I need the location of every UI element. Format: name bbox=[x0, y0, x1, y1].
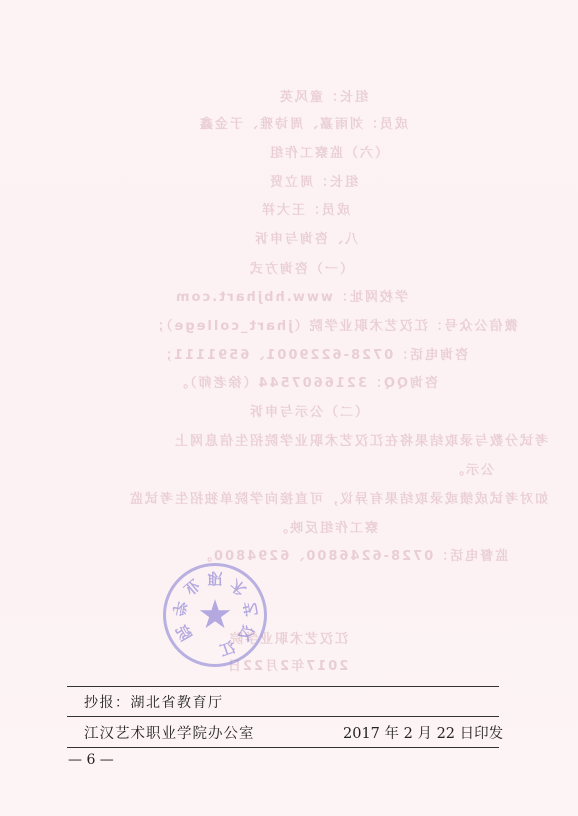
star-icon: ★ bbox=[197, 595, 233, 635]
bleed-line: 监督电话：0728-6246800、6294800。 bbox=[197, 545, 508, 564]
bleed-line: （二）公示与申诉 bbox=[248, 401, 368, 420]
bleed-line: 如对考试成绩或录取结果有异议，可直接向学院单独招生考试监 bbox=[128, 488, 548, 507]
bleed-line: 成员：刘雨嘉、周诗雅、于金鑫 bbox=[198, 113, 408, 132]
bleed-line: （一）咨询方式 bbox=[248, 258, 353, 277]
bleed-line: 咨询QQ：3216607544（徐老师）。 bbox=[173, 372, 438, 391]
document-page: 组长：童风英 成员：刘雨嘉、周诗雅、于金鑫 （六）监察工作组 组长：周立贤 成员… bbox=[0, 0, 578, 816]
footer-rule-bottom bbox=[67, 747, 499, 748]
issue-date: 2017 年 2 月 22 日印发 bbox=[343, 722, 503, 743]
bleed-line: 组长：童风英 bbox=[278, 86, 368, 105]
bleed-line: 考试分数与录取结果将在江汉艺术职业学院招生信息网上 bbox=[173, 430, 548, 449]
bleed-line: 组长：周立贤 bbox=[268, 171, 358, 190]
bleed-line: （六）监察工作组 bbox=[268, 142, 388, 161]
bleed-line: 学校网址：www.hbjhart.com bbox=[174, 286, 408, 305]
footer-rule-middle bbox=[67, 716, 499, 717]
bleed-line: 成员：王大祥 bbox=[260, 199, 350, 218]
cc-recipients: 抄报：湖北省教育厅 bbox=[84, 692, 224, 712]
official-seal: 院 学 业 职 术 艺 汉 江 ★ bbox=[163, 563, 267, 667]
page-number: — 6 — bbox=[68, 752, 114, 768]
bleed-line: 八、咨询与申诉 bbox=[253, 228, 358, 247]
bleed-line: 咨询电话：0728-6229001、6591111； bbox=[157, 344, 468, 363]
bleed-line: 察工作组反映。 bbox=[273, 517, 378, 536]
bleed-line: 微信公众号：江汉艺术职业学院（jhart_college）； bbox=[149, 315, 518, 334]
bleed-line: 公示。 bbox=[449, 459, 494, 478]
footer-rule-top bbox=[67, 686, 499, 687]
issuing-office: 江汉艺术职业学院办公室 bbox=[84, 722, 255, 743]
